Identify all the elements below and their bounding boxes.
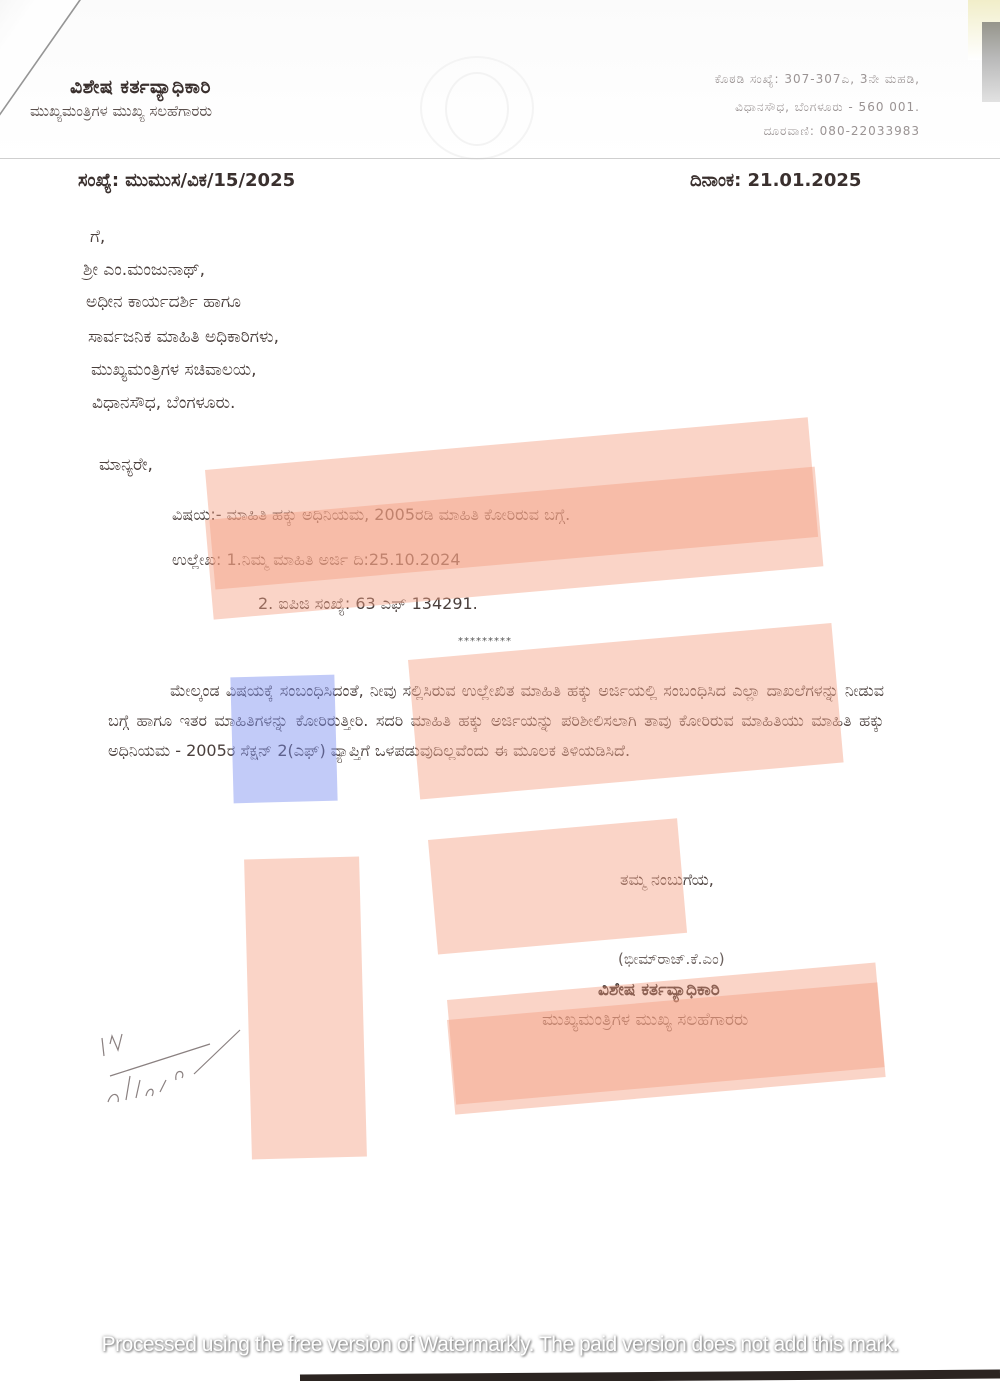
- salutation: ಮಾನ್ಯರೇ,: [99, 455, 153, 475]
- signatory-office: ಮುಖ್ಯಮಂತ್ರಿಗಳ ಮುಖ್ಯ ಸಲಹೆಗಾರರು: [542, 1010, 748, 1030]
- recipient-name: ಶ್ರೀ ಎಂ.ಮಂಜುನಾಥ್,: [83, 260, 205, 280]
- letterhead-title: ವಿಶೇಷ ಕರ್ತವ್ಯಾಧಿಕಾರಿ: [70, 76, 211, 98]
- paper-edge-shadow: [982, 22, 1000, 102]
- address-line-phone: ದೂರವಾಣಿ: 080-22033983: [764, 124, 920, 139]
- address-line-city: ವಿಧಾನಸೌಧ, ಬೆಂಗಳೂರು - 560 001.: [735, 100, 920, 115]
- reference-number: ಸಂಖ್ಯೆ: ಮುಮುಸ/ವಿಕ/15/2025: [78, 170, 295, 191]
- paper-bottom-edge: [300, 1370, 1000, 1381]
- watermark-text: Processed using the free version of Wate…: [0, 1333, 1000, 1357]
- letter-body: ಮೇಲ್ಕಂಡ ವಿಷಯಕ್ಕೆ ಸಂಬಂಧಿಸಿದಂತೆ, ನೀವು ಸಲ್ಲ…: [108, 676, 884, 766]
- recipient-line: ವಿಧಾನಸೌಧ, ಬೆಂಗಳೂರು.: [92, 393, 235, 413]
- recipient-line: ಅಧೀನ ಕಾರ್ಯದರ್ಶಿ ಹಾಗೂ: [86, 292, 241, 312]
- address-line-room: ಕೊಠಡಿ ಸಂಖ್ಯೆ: 307-307ಎ, 3ನೇ ಮಹಡಿ,: [715, 72, 920, 87]
- reference-2: 2. ಐಪಿಜಿ ಸಂಖ್ಯೆ: 63 ಎಫ್ 134291.: [258, 594, 478, 614]
- subject-line: ವಿಷಯ:- ಮಾಹಿತಿ ಹಕ್ಕು ಅಧಿನಿಯಮ, 2005ರಡಿ ಮಾಹ…: [172, 505, 570, 525]
- redaction-highlight: [244, 857, 367, 1160]
- section-separator: *********: [458, 636, 512, 647]
- recipient-line: ಮುಖ್ಯಮಂತ್ರಿಗಳ ಸಚಿವಾಲಯ,: [91, 360, 257, 380]
- letterhead-subtitle: ಮುಖ್ಯಮಂತ್ರಿಗಳ ಮುಖ್ಯ ಸಲಹೆಗಾರರು: [30, 102, 212, 120]
- recipient-line: ಸಾರ್ವಜನಿಕ ಮಾಹಿತಿ ಅಧಿಕಾರಿಗಳು,: [88, 327, 279, 347]
- redaction-highlight: [447, 982, 886, 1114]
- recipient-line: ಗೆ,: [90, 227, 105, 247]
- letter-date: ದಿನಾಂಕ: 21.01.2025: [690, 170, 861, 191]
- letterhead-divider: [0, 158, 1000, 159]
- signatory-name: (ಭೀಮ್‌ರಾಜ್.ಕೆ.ಎಂ): [618, 950, 725, 968]
- signatory-title: ವಿಶೇಷ ಕರ್ತವ್ಯಾಧಿಕಾರಿ: [598, 980, 720, 1000]
- state-emblem-inner-icon: [445, 72, 509, 146]
- closing: ತಮ್ಮ ನಂಬುಗೆಯ,: [620, 870, 714, 890]
- handwritten-initials-icon: [90, 1010, 250, 1130]
- reference-1: ಉಲ್ಲೇಖ: 1.ನಿಮ್ಮ ಮಾಹಿತಿ ಅರ್ಜಿ ದಿ:25.10.20…: [172, 550, 461, 570]
